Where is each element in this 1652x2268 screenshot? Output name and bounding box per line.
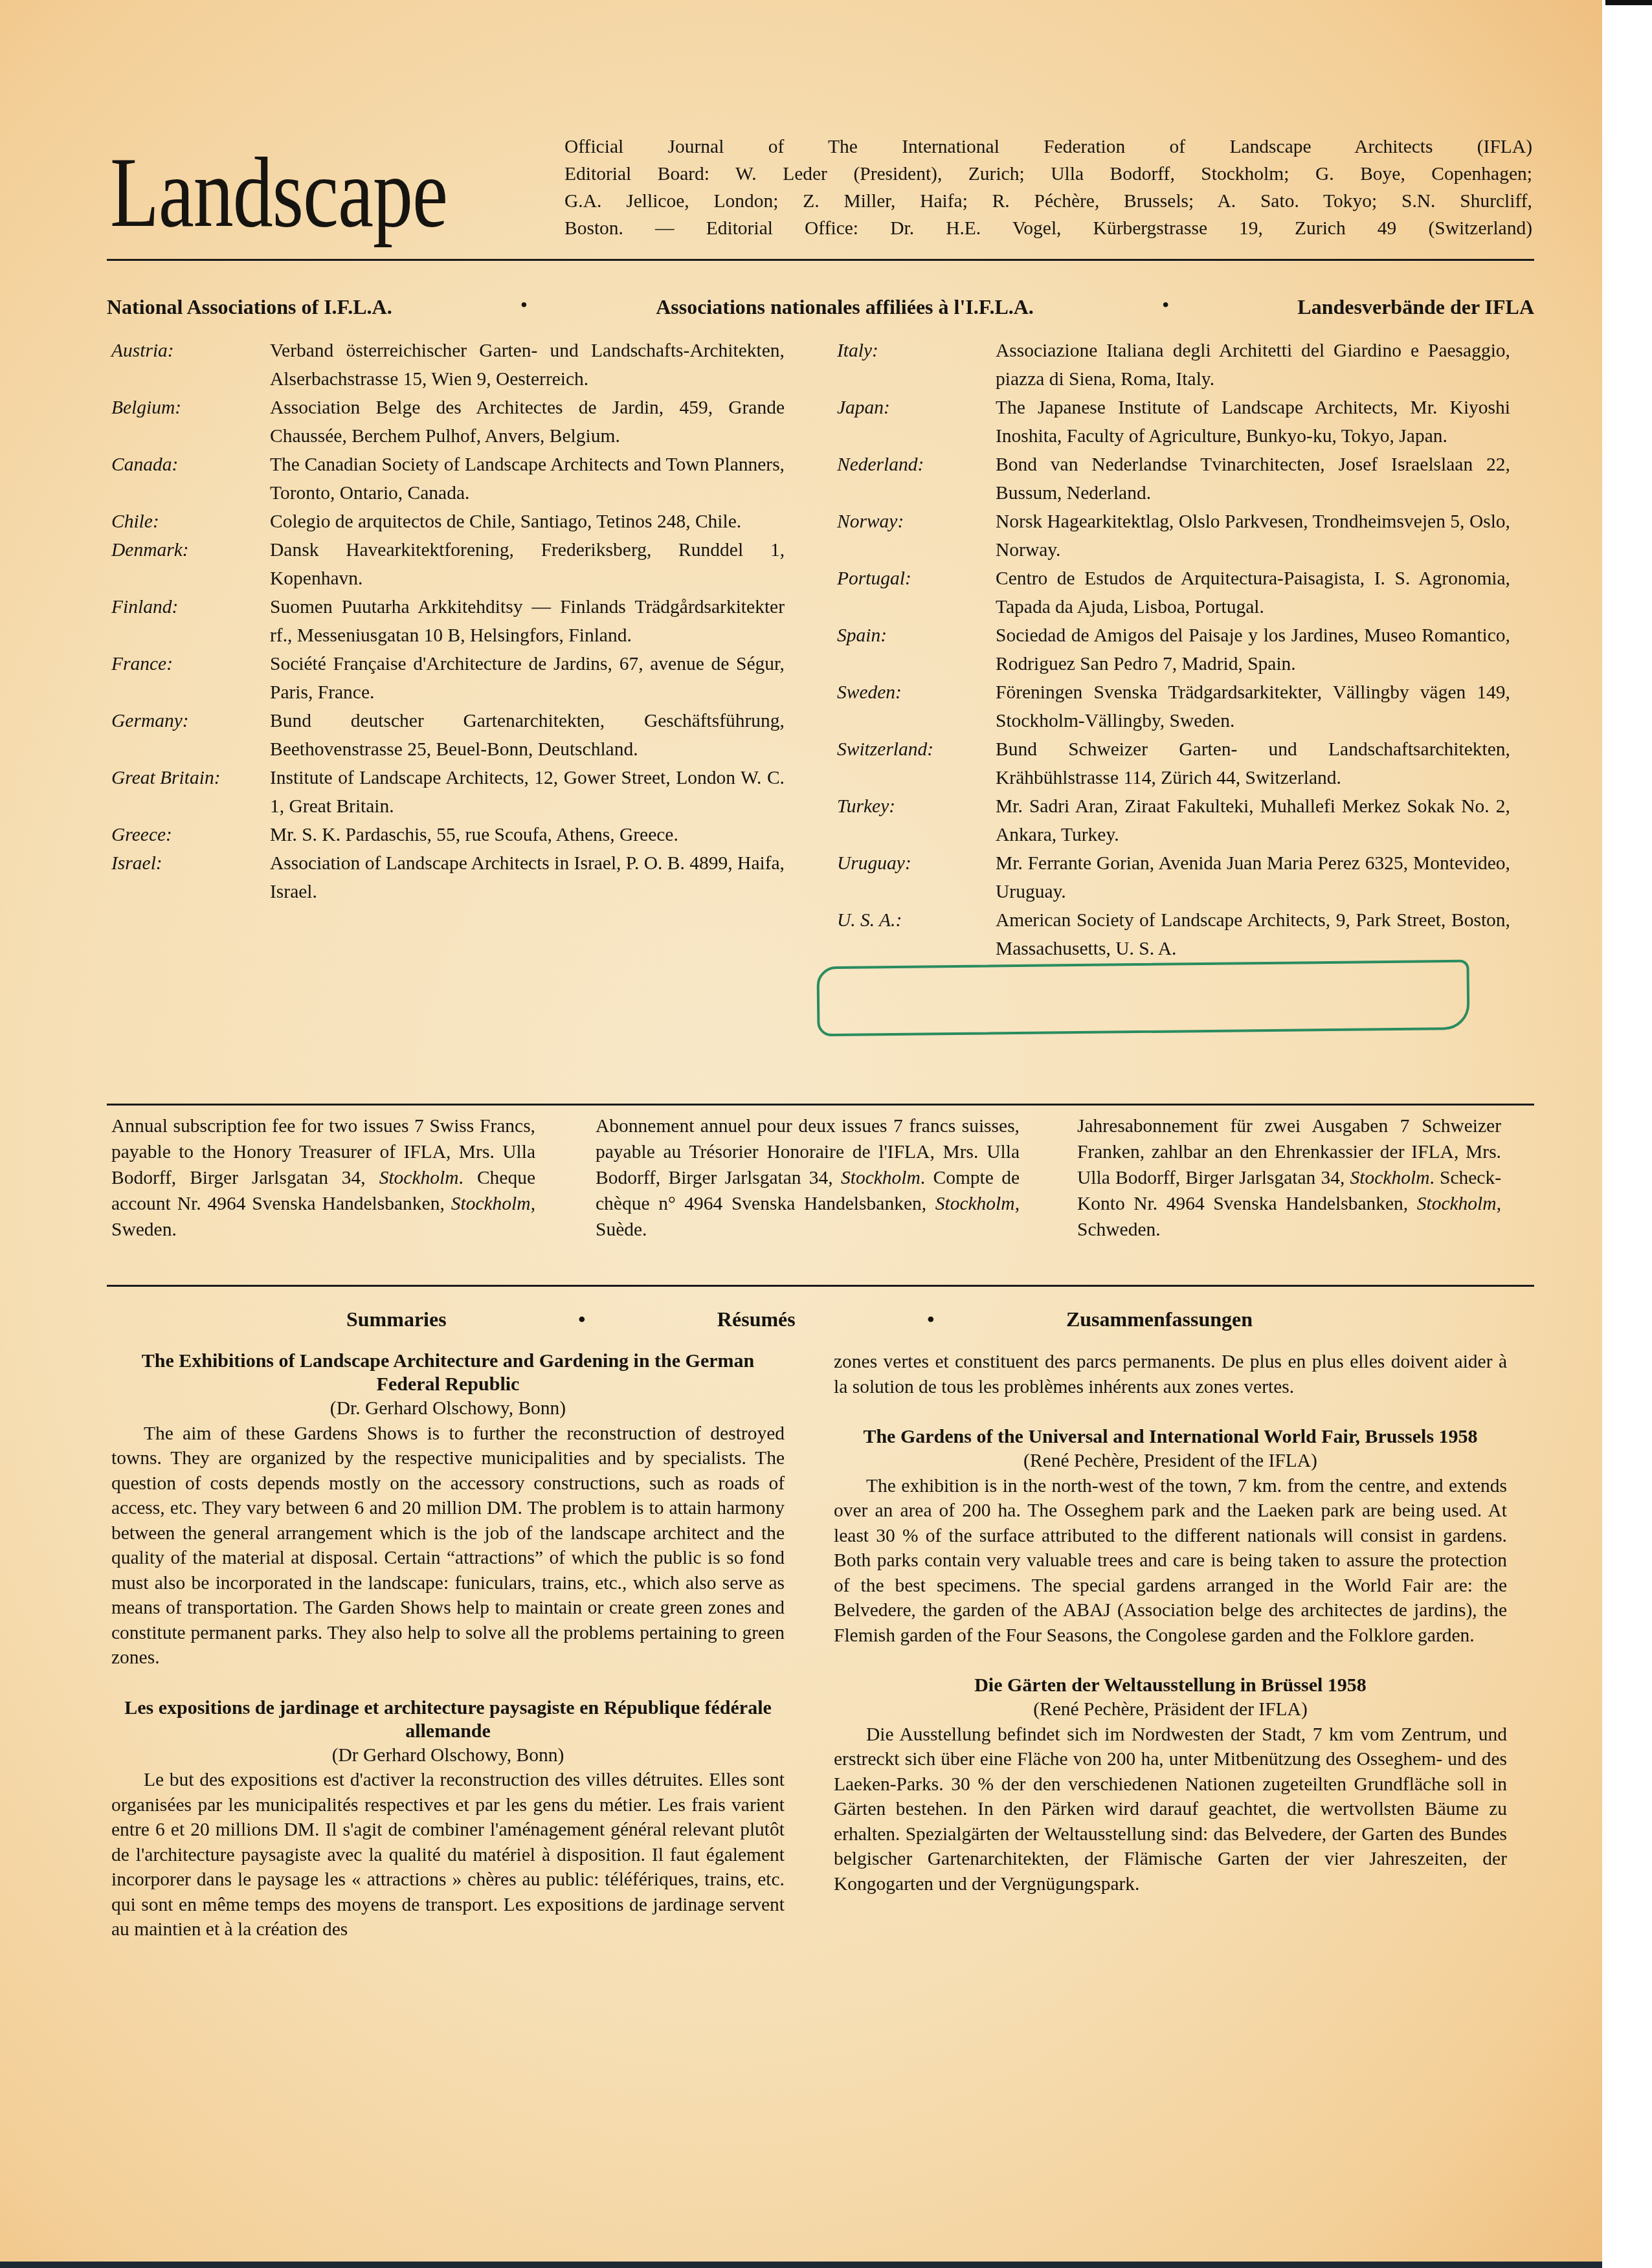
country-label: Finland: — [111, 593, 270, 650]
heading-fr: Résumés — [717, 1307, 796, 1331]
association-address: Bund Schweizer Garten- und Landschaftsar… — [996, 735, 1510, 792]
country-label: Italy: — [837, 337, 996, 394]
handwritten-highlight-circle — [816, 960, 1469, 1037]
masthead: Landscape Official Journal of The Intern… — [104, 129, 1528, 259]
association-address: Institute of Landscape Architects, 12, G… — [270, 764, 785, 821]
association-entry: Sweden:Föreningen Svenska Trädgardsarkit… — [837, 678, 1510, 735]
bullet-separator: • — [520, 295, 527, 319]
association-entry: Germany:Bund deutscher Gartenarchitekten… — [111, 707, 785, 764]
subscription-city: Stockholm — [1417, 1194, 1497, 1214]
masthead-info: Official Journal of The International Fe… — [564, 133, 1532, 242]
heading-de: Zusammenfassungen — [1066, 1307, 1253, 1331]
article-body: Le but des expositions est d'activer la … — [111, 1768, 785, 1942]
subscription-city: Stockholm — [935, 1194, 1015, 1214]
association-entry: Italy:Associazione Italiana degli Archit… — [837, 337, 1510, 394]
country-label: Portugal: — [837, 564, 996, 621]
article-title: The Gardens of the Universal and Interna… — [834, 1425, 1507, 1449]
country-label: Uruguay: — [837, 849, 996, 906]
association-entry: France:Société Française d'Architecture … — [111, 650, 785, 707]
article-body: The aim of these Gardens Shows is to fur… — [111, 1421, 785, 1671]
article-body: The exhibition is in the north-west of t… — [834, 1474, 1507, 1649]
association-entry: Japan:The Japanese Institute of Landscap… — [837, 394, 1510, 450]
association-address: Norsk Hagearkitektlag, Olslo Parkvesen, … — [996, 507, 1510, 564]
article-title: The Exhibitions of Landscape Architectur… — [111, 1350, 785, 1396]
summaries-heading: Summaries • Résumés • Zusammenfassungen — [346, 1307, 1253, 1331]
association-address: American Society of Landscape Architects… — [996, 906, 1510, 963]
masthead-line: Editorial Board: W. Leder (President), Z… — [564, 161, 1532, 188]
article-title: Les expositions de jardinage et architec… — [111, 1696, 785, 1743]
association-address: Suomen Puutarha Arkkitehditsy — Finlands… — [270, 593, 785, 650]
association-address: Centro de Estudos de Arquitectura-Paisag… — [996, 564, 1510, 621]
country-label: Nederland: — [837, 450, 996, 507]
association-address: The Japanese Institute of Landscape Arch… — [996, 394, 1510, 450]
article-byline: (René Pechère, Präsident der IFLA) — [834, 1697, 1507, 1722]
country-label: Belgium: — [111, 394, 270, 450]
divider — [107, 1285, 1534, 1287]
subscription-city: Stockholm — [1350, 1168, 1430, 1188]
association-entry: Switzerland:Bund Schweizer Garten- und L… — [837, 735, 1510, 792]
subscription-fr: Abonnement annuel pour deux issues 7 fra… — [596, 1113, 1020, 1243]
country-label: Norway: — [837, 507, 996, 564]
country-label: Denmark: — [111, 536, 270, 593]
article-byline: (Dr. Gerhard Olschowy, Bonn) — [111, 1396, 785, 1421]
journal-logo: Landscape — [110, 142, 447, 243]
masthead-line: Official Journal of The International Fe… — [564, 133, 1532, 161]
association-entry: Norway:Norsk Hagearkitektlag, Olslo Park… — [837, 507, 1510, 564]
association-address: Bond van Nederlandse Tvinarchitecten, Jo… — [996, 450, 1510, 507]
summaries-left-column: The Exhibitions of Landscape Architectur… — [111, 1350, 785, 1942]
country-label: Turkey: — [837, 792, 996, 849]
association-address: Société Française d'Architecture de Jard… — [270, 650, 785, 707]
associations-heading: National Associations of I.F.L.A. • Asso… — [107, 295, 1534, 319]
heading-en: Summaries — [346, 1307, 447, 1331]
heading-fr: Associations nationales affiliées à l'I.… — [656, 295, 1034, 319]
association-address: Association of Landscape Architects in I… — [270, 849, 785, 906]
associations-right-column: Italy:Associazione Italiana degli Archit… — [837, 337, 1510, 963]
country-label: Israel: — [111, 849, 270, 906]
association-address: Verband österreichischer Garten- und Lan… — [270, 337, 785, 394]
subscription-city: Stockholm — [841, 1168, 921, 1188]
association-entry: Finland:Suomen Puutarha Arkkitehditsy — … — [111, 593, 785, 650]
subscription-de: Jahresabonnement für zwei Ausgaben 7 Sch… — [1077, 1113, 1501, 1243]
divider — [107, 1104, 1534, 1106]
association-entry: Portugal:Centro de Estudos de Arquitectu… — [837, 564, 1510, 621]
association-entry: Spain:Sociedad de Amigos del Paisaje y l… — [837, 621, 1510, 678]
association-entry: Austria:Verband österreichischer Garten-… — [111, 337, 785, 394]
association-address: Associazione Italiana degli Architetti d… — [996, 337, 1510, 394]
association-address: Colegio de arquitectos de Chile, Santiag… — [270, 507, 785, 536]
country-label: Germany: — [111, 707, 270, 764]
article-byline: (René Pechère, President of the IFLA) — [834, 1449, 1507, 1474]
association-address: Dansk Havearkitektforening, Frederiksber… — [270, 536, 785, 593]
association-entry-highlighted: Uruguay:Mr. Ferrante Gorian, Avenida Jua… — [837, 849, 1510, 906]
heading-en: National Associations of I.F.L.A. — [107, 295, 392, 319]
association-entry: Belgium:Association Belge des Architecte… — [111, 394, 785, 450]
bullet-separator: • — [578, 1307, 585, 1331]
association-entry: Great Britain:Institute of Landscape Arc… — [111, 764, 785, 821]
association-address: Mr. S. K. Pardaschis, 55, rue Scoufa, At… — [270, 821, 785, 849]
associations-left-column: Austria:Verband österreichischer Garten-… — [111, 337, 785, 906]
association-address: Association Belge des Architectes de Jar… — [270, 394, 785, 450]
masthead-line: Boston. — Editorial Office: Dr. H.E. Vog… — [564, 215, 1532, 242]
association-address: Mr. Sadri Aran, Ziraat Fakulteki, Muhall… — [996, 792, 1510, 849]
country-label: Sweden: — [837, 678, 996, 735]
summaries-right-column: zones vertes et constituent des parcs pe… — [834, 1350, 1507, 1896]
association-address: Föreningen Svenska Trädgardsarkitekter, … — [996, 678, 1510, 735]
association-entry: Chile:Colegio de arquitectos de Chile, S… — [111, 507, 785, 536]
article-byline: (Dr Gerhard Olschowy, Bonn) — [111, 1743, 785, 1768]
association-entry: Greece:Mr. S. K. Pardaschis, 55, rue Sco… — [111, 821, 785, 849]
bullet-separator: • — [1163, 295, 1169, 319]
bullet-separator: • — [927, 1307, 934, 1331]
article-continuation: zones vertes et constituent des parcs pe… — [834, 1350, 1507, 1399]
association-address: Sociedad de Amigos del Paisaje y los Jar… — [996, 621, 1510, 678]
association-entry: Turkey:Mr. Sadri Aran, Ziraat Fakulteki,… — [837, 792, 1510, 849]
association-address: Bund deutscher Gartenarchitekten, Geschä… — [270, 707, 785, 764]
country-label: France: — [111, 650, 270, 707]
country-label: U. S. A.: — [837, 906, 996, 963]
association-entry: Denmark:Dansk Havearkitektforening, Fred… — [111, 536, 785, 593]
journal-page: Landscape Official Journal of The Intern… — [0, 0, 1602, 2262]
association-entry: U. S. A.:American Society of Landscape A… — [837, 906, 1510, 963]
article-title: Die Gärten der Weltausstellung in Brüsse… — [834, 1674, 1507, 1697]
association-address: The Canadian Society of Landscape Archit… — [270, 450, 785, 507]
scan-edge — [1605, 0, 1652, 5]
country-label: Austria: — [111, 337, 270, 394]
subscription-en: Annual subscription fee for two issues 7… — [111, 1113, 535, 1243]
association-entry: Canada:The Canadian Society of Landscape… — [111, 450, 785, 507]
country-label: Great Britain: — [111, 764, 270, 821]
association-address: Mr. Ferrante Gorian, Avenida Juan Maria … — [996, 849, 1510, 906]
masthead-line: G.A. Jellicoe, London; Z. Miller, Haifa;… — [564, 188, 1532, 215]
subscription-city: Stockholm — [379, 1168, 459, 1188]
country-label: Japan: — [837, 394, 996, 450]
article-body: Die Ausstellung befindet sich im Nordwes… — [834, 1722, 1507, 1897]
country-label: Canada: — [111, 450, 270, 507]
association-entry: Israel:Association of Landscape Architec… — [111, 849, 785, 906]
subscription-city: Stockholm — [451, 1194, 531, 1214]
divider — [107, 259, 1534, 261]
association-entry: Nederland:Bond van Nederlandse Tvinarchi… — [837, 450, 1510, 507]
country-label: Chile: — [111, 507, 270, 536]
scan-edge — [0, 2262, 1602, 2268]
country-label: Spain: — [837, 621, 996, 678]
heading-de: Landesverbände der IFLA — [1297, 295, 1534, 319]
country-label: Switzerland: — [837, 735, 996, 792]
country-label: Greece: — [111, 821, 270, 849]
